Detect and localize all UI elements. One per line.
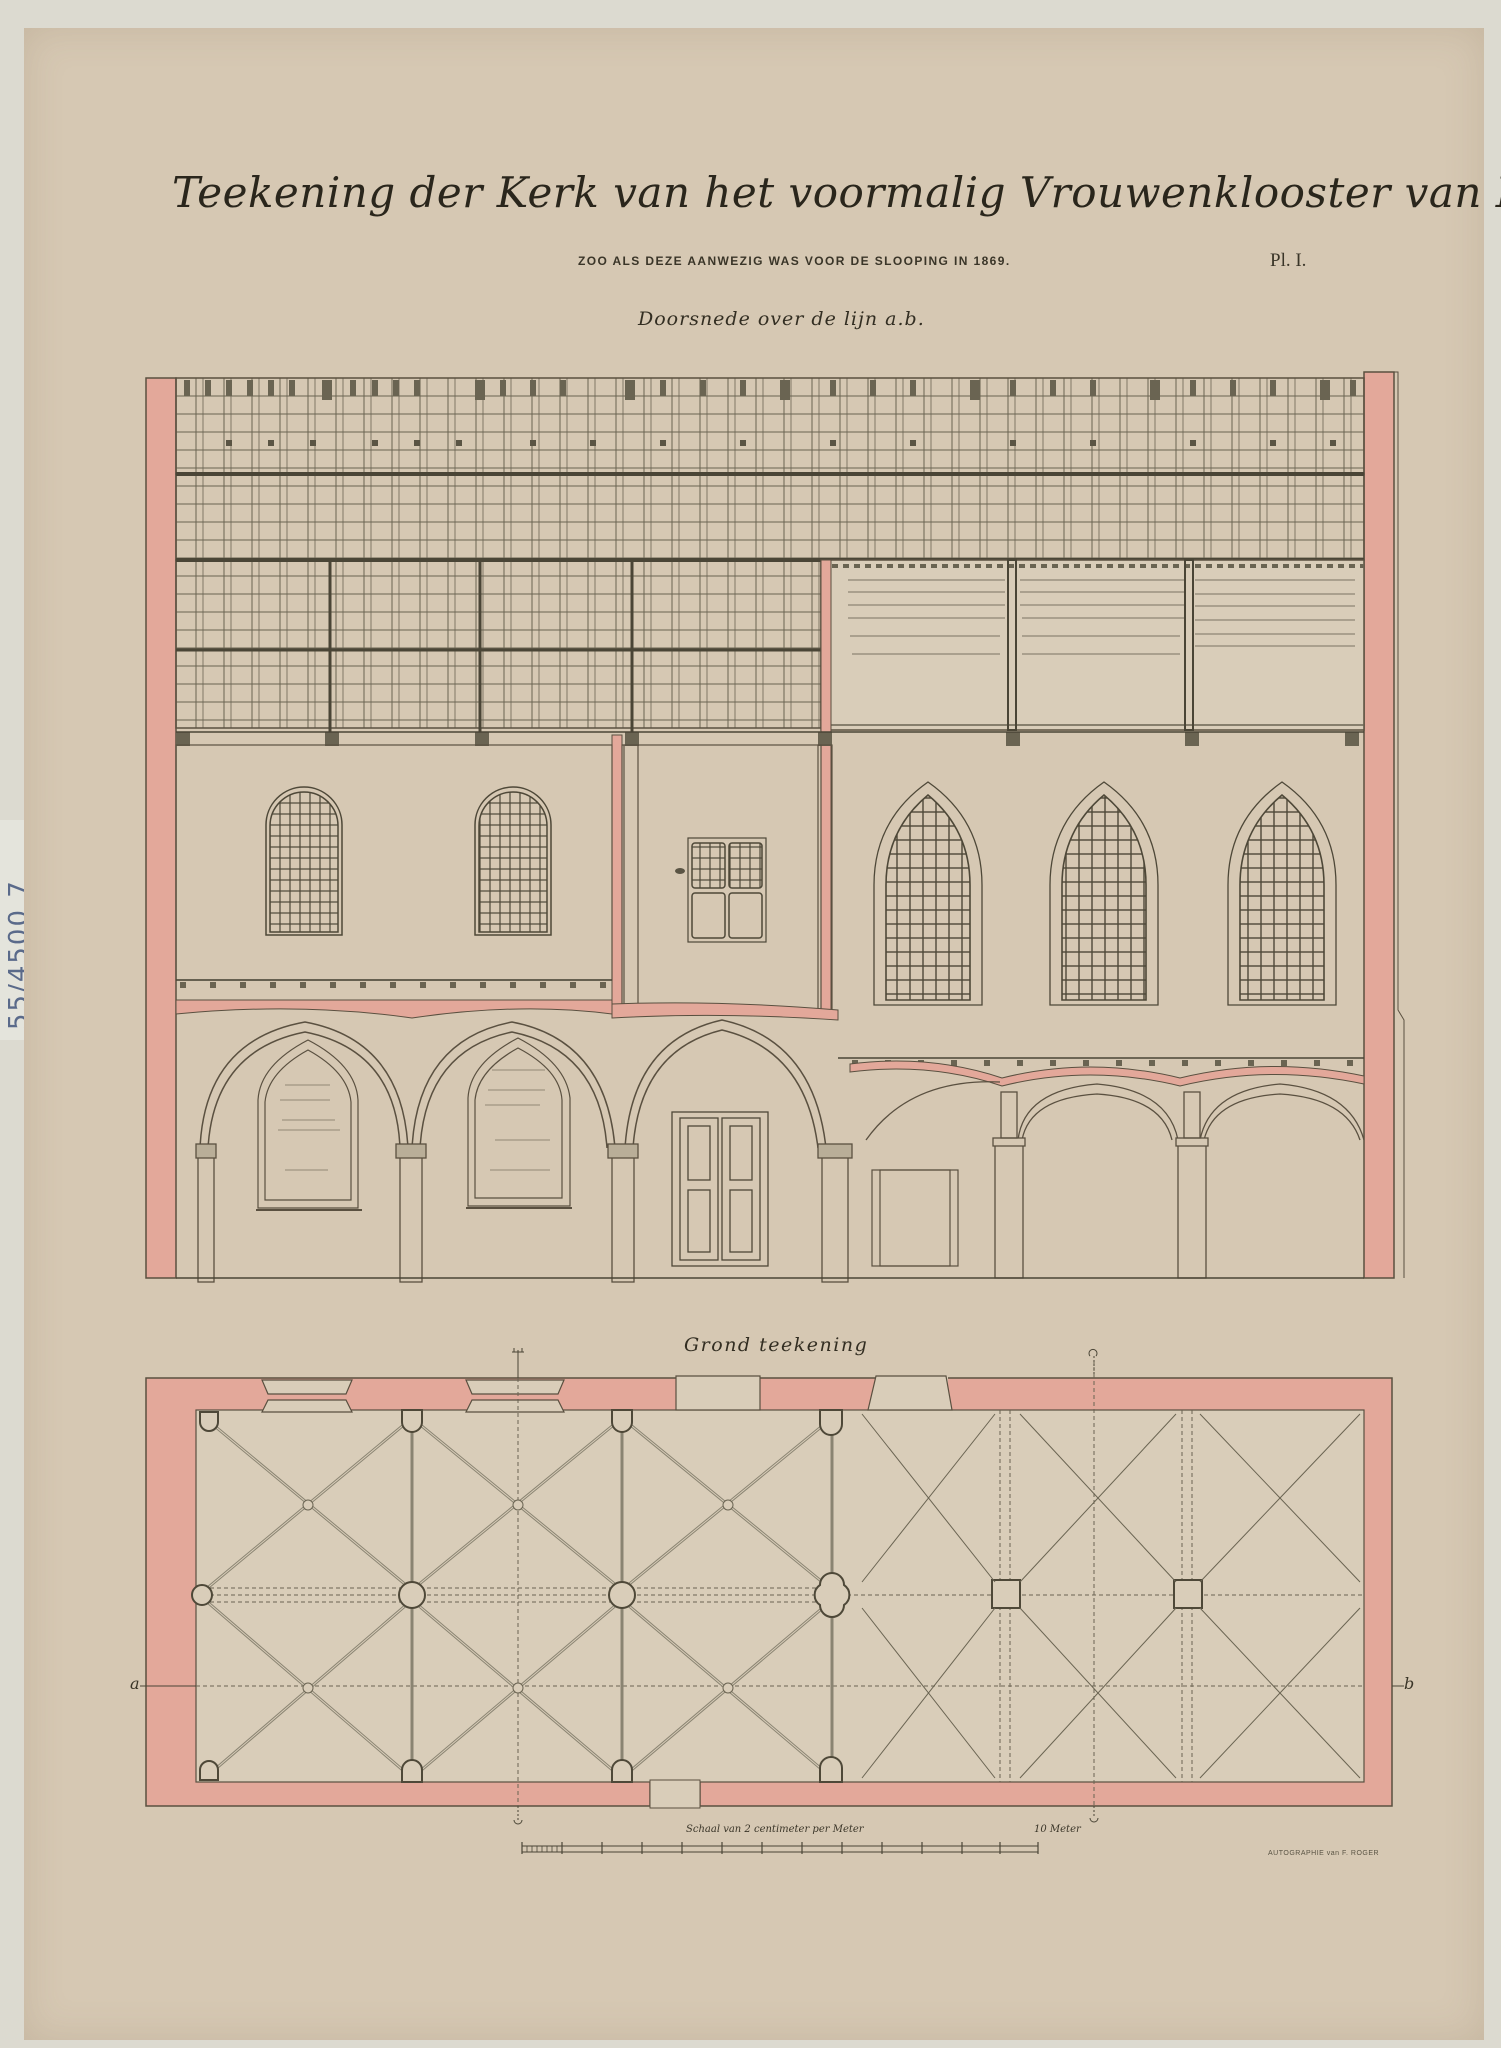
scale-unit-label: 10 Meter xyxy=(1034,1824,1081,1835)
double-door xyxy=(672,1112,768,1266)
scale-bar xyxy=(522,1842,1038,1854)
cut-marker-a: a xyxy=(130,1674,140,1693)
pointed-window-1 xyxy=(874,782,982,1005)
left-wall-cut xyxy=(146,378,176,1278)
architectural-drawing xyxy=(0,0,1501,2048)
round-arcade xyxy=(866,1082,1364,1140)
right-nave-ceiling xyxy=(821,560,1364,730)
round-arched-window-1 xyxy=(266,787,342,935)
plan-title: Grond teekening xyxy=(684,1334,868,1356)
corbels xyxy=(176,732,1359,746)
memorial-tablet-2 xyxy=(466,1038,572,1208)
ground-plan xyxy=(140,1348,1404,1824)
imprint: AUTOGRAPHIE van F. ROGER xyxy=(1268,1850,1379,1857)
gallery-door xyxy=(675,838,766,942)
dividing-wall-upper xyxy=(821,560,831,1010)
piers xyxy=(993,1092,1208,1278)
columns xyxy=(196,1144,852,1282)
memorial-tablet-1 xyxy=(256,1040,362,1210)
right-wall-cut xyxy=(1364,372,1394,1278)
pointed-window-2 xyxy=(1050,782,1158,1005)
cut-marker-b: b xyxy=(1404,1674,1414,1693)
pointed-window-3 xyxy=(1228,782,1336,1005)
section-drawing xyxy=(146,372,1404,1282)
side-doorway xyxy=(872,1170,958,1266)
gothic-arcade xyxy=(200,1020,826,1148)
round-arched-window-2 xyxy=(475,787,551,935)
inner-wall-left xyxy=(612,735,622,1010)
scale-caption: Schaal van 2 centimeter per Meter xyxy=(686,1824,864,1835)
